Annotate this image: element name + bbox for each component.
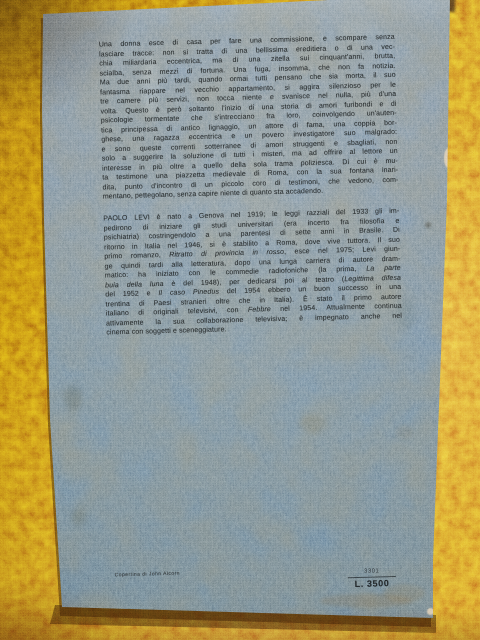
synopsis-text: Una donna esce di casa per fare una comm…: [99, 33, 399, 202]
italic-segment: Legittima difesa: [344, 274, 401, 282]
italic-segment: buia della luna: [105, 280, 164, 289]
price: L. 3500: [342, 578, 402, 590]
italic-segment: Febbre: [248, 306, 271, 314]
price-block: 3301 L. 3500: [342, 568, 403, 590]
italic-segment: Il caso Pinedus: [158, 288, 219, 297]
italic-segment: La parte: [366, 265, 401, 273]
printed-text-layer: Una donna esce di casa per fare una comm…: [0, 0, 480, 640]
cover-artist-credit: Copertina di John Alcorn: [115, 571, 180, 579]
author-bio-text: PAOLO LEVI è nato a Genova nel 1919; le …: [103, 207, 402, 338]
photo-frame: Una donna esce di casa per fare una comm…: [0, 0, 480, 640]
book-back-cover: Una donna esce di casa per fare una comm…: [0, 0, 480, 640]
